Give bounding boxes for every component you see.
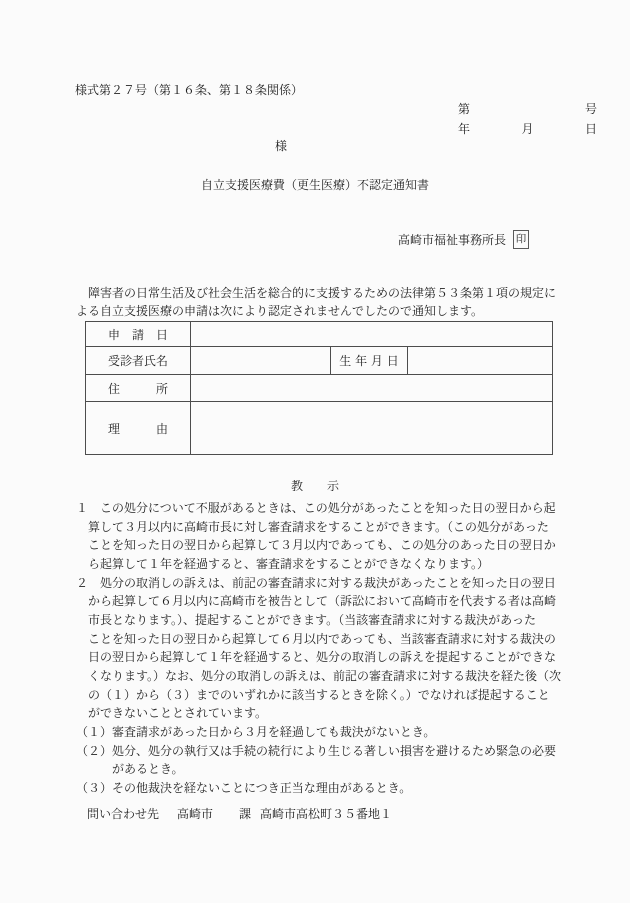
table-row-patient-name: 受診者氏名 生 年 月 日 — [86, 347, 553, 375]
doc-number-prefix: 第 — [458, 100, 470, 117]
instruction-line: 算して３月以内に高崎市長に対し審査請求をすることができます。（この処分があった — [76, 518, 558, 537]
instructions-heading: 教 示 — [0, 477, 630, 494]
birthdate-label: 生 年 月 日 — [331, 347, 408, 375]
issuer-line: 高崎市福祉事務所長 印 — [398, 230, 529, 249]
instruction-line: ２ 処分の取消しの訴えは、前記の審査請求に対する裁決があったことを知った日の翌日 — [76, 574, 558, 593]
application-date-value — [191, 322, 553, 347]
instruction-line: 日の翌日から起算して１年を経過すると、処分の取消しの訴えを提起することができな — [76, 648, 558, 667]
instruction-line: （１）審査請求があった日から３月を経過しても裁決がないとき。 — [76, 723, 558, 742]
instruction-line: ことを知った日の翌日から起算して６月以内であっても、当該審査請求に対する裁決の — [76, 630, 558, 649]
table-row-application-date: 申 請 日 — [86, 322, 553, 347]
contact-section-suffix: 課 — [239, 805, 251, 823]
date-year-label: 年 — [458, 120, 470, 137]
date-month-label: 月 — [521, 120, 533, 137]
applicant-info-table: 申 請 日 受診者氏名 生 年 月 日 住 所 理 由 — [85, 321, 553, 455]
notification-body: 障害者の日常生活及び社会生活を総合的に支援するための法律第５３条第１項の規定に … — [76, 284, 558, 320]
doc-number-line: 第 号 — [458, 100, 597, 117]
contact-address: 高崎市高松町３５番地１ — [260, 805, 392, 823]
body-line: よる自立支援医療の申請は次により認定されませんでしたので通知します。 — [76, 302, 558, 320]
seal-box: 印 — [513, 230, 529, 249]
table-row-address: 住 所 — [86, 375, 553, 402]
date-line: 年 月 日 — [458, 120, 597, 137]
form-number: 様式第２７号（第１６条、第１８条関係） — [75, 81, 303, 98]
instruction-line: から起算して６月以内に高崎市を被告として（訴訟において高崎市を代表する者は高崎 — [76, 592, 558, 611]
contact-line: 問い合わせ先 高崎市 課 高崎市高松町３５番地１ — [76, 805, 392, 823]
instruction-line: の（１）から（３）までのいずれかに該当するときを除く。）でなければ提起すること — [76, 686, 558, 705]
table-row-reason: 理 由 — [86, 402, 553, 455]
instruction-line: ら起算して１年を経過すると、審査請求をすることができなくなります。） — [76, 555, 558, 574]
date-day-label: 日 — [585, 120, 597, 137]
instruction-line: １ この処分について不服があるときは、この処分があったことを知った日の翌日から起 — [76, 499, 558, 518]
instruction-line: くなります。）なお、処分の取消しの訴えは、前記の審査請求に対する裁決を経た後（次 — [76, 667, 558, 686]
body-line: 障害者の日常生活及び社会生活を総合的に支援するための法律第５３条第１項の規定に — [76, 284, 558, 302]
instruction-line: （３）その他裁決を経ないことにつき正当な理由があるとき。 — [76, 779, 558, 798]
reason-value — [191, 402, 553, 455]
instruction-line: ができないこととされています。 — [76, 704, 558, 723]
birthdate-value — [408, 347, 553, 375]
doc-number-suffix: 号 — [585, 100, 597, 117]
address-label: 住 所 — [86, 375, 191, 402]
patient-name-value — [191, 347, 331, 375]
reason-label: 理 由 — [86, 402, 191, 455]
instruction-line: があるとき。 — [76, 760, 558, 779]
document-title: 自立支援医療費（更生医療）不認定通知書 — [0, 176, 630, 193]
contact-city: 高崎市 — [177, 805, 213, 823]
issuer-name: 高崎市福祉事務所長 — [398, 231, 506, 248]
instructions-list: １ この処分について不服があるときは、この処分があったことを知った日の翌日から起… — [76, 499, 558, 798]
application-date-label: 申 請 日 — [86, 322, 191, 347]
contact-label: 問い合わせ先 — [87, 805, 159, 823]
document-page: 様式第２７号（第１６条、第１８条関係） 第 号 年 月 日 様 自立支援医療費（… — [0, 0, 630, 903]
addressee-honorific: 様 — [275, 137, 287, 154]
instruction-line: 市長となります。）、提起することができます。（当該審査請求に対する裁決があった — [76, 611, 558, 630]
instruction-line: ことを知った日の翌日から起算して３月以内であっても、この処分のあった日の翌日か — [76, 536, 558, 555]
instruction-line: （２）処分、処分の執行又は手続の続行により生じる著しい損害を避けるため緊急の必要 — [76, 742, 558, 761]
patient-name-label: 受診者氏名 — [86, 347, 191, 375]
address-value — [191, 375, 553, 402]
